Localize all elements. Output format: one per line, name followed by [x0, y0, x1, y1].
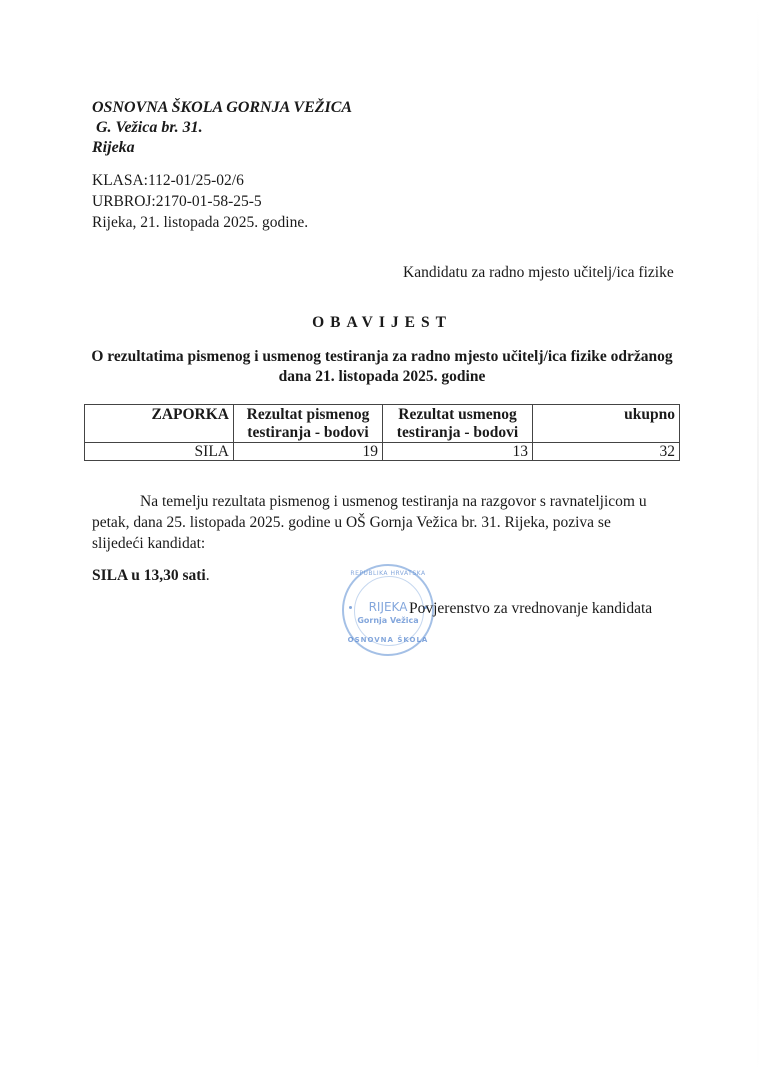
scan-edge	[757, 0, 759, 1080]
header-ukupno: ukupno	[533, 405, 680, 443]
cell-pismeni: 19	[234, 443, 383, 461]
document-title: OBAVIJEST	[0, 314, 764, 332]
school-city: Rijeka	[92, 138, 352, 158]
table-header-row: ZAPORKA Rezultat pismenog testiranja - b…	[85, 405, 680, 443]
urbroj: URBROJ:2170-01-58-25-5	[92, 191, 308, 212]
signature: Povjerenstvo za vrednovanje kandidata	[409, 598, 652, 619]
date-line: Rijeka, 21. listopada 2025. godine.	[92, 212, 308, 233]
school-address: G. Vežica br. 31.	[92, 118, 352, 138]
invitation-line: SILA u 13,30 sati.	[92, 565, 210, 586]
results-table: ZAPORKA Rezultat pismenog testiranja - b…	[84, 404, 680, 461]
document-subtitle: O rezultatima pismenog i usmenog testira…	[84, 347, 680, 387]
school-name: OSNOVNA ŠKOLA GORNJA VEŽICA	[92, 98, 352, 118]
reference-block: KLASA:112-01/25-02/6 URBROJ:2170-01-58-2…	[92, 170, 308, 233]
invitation-suffix: .	[206, 567, 210, 584]
header-zaporka: ZAPORKA	[85, 405, 234, 443]
klasa: KLASA:112-01/25-02/6	[92, 170, 308, 191]
addressee: Kandidatu za radno mjesto učitelj/ica fi…	[403, 262, 674, 283]
cell-zaporka: SILA	[85, 443, 234, 461]
candidate-time: SILA u 13,30 sati	[92, 567, 206, 584]
header-usmeni: Rezultat usmenog testiranja - bodovi	[383, 405, 533, 443]
school-header: OSNOVNA ŠKOLA GORNJA VEŽICA G. Vežica br…	[92, 98, 352, 158]
table-row: SILA 19 13 32	[85, 443, 680, 461]
header-pismeni: Rezultat pismenog testiranja - bodovi	[234, 405, 383, 443]
stamp-top-text: REPUBLIKA HRVATSKA	[344, 570, 432, 577]
cell-usmeni: 13	[383, 443, 533, 461]
cell-ukupno: 32	[533, 443, 680, 461]
body-paragraph: Na temelju rezultata pismenog i usmenog …	[92, 491, 652, 554]
stamp-bottom-text: OSNOVNA ŠKOLA	[344, 636, 432, 644]
